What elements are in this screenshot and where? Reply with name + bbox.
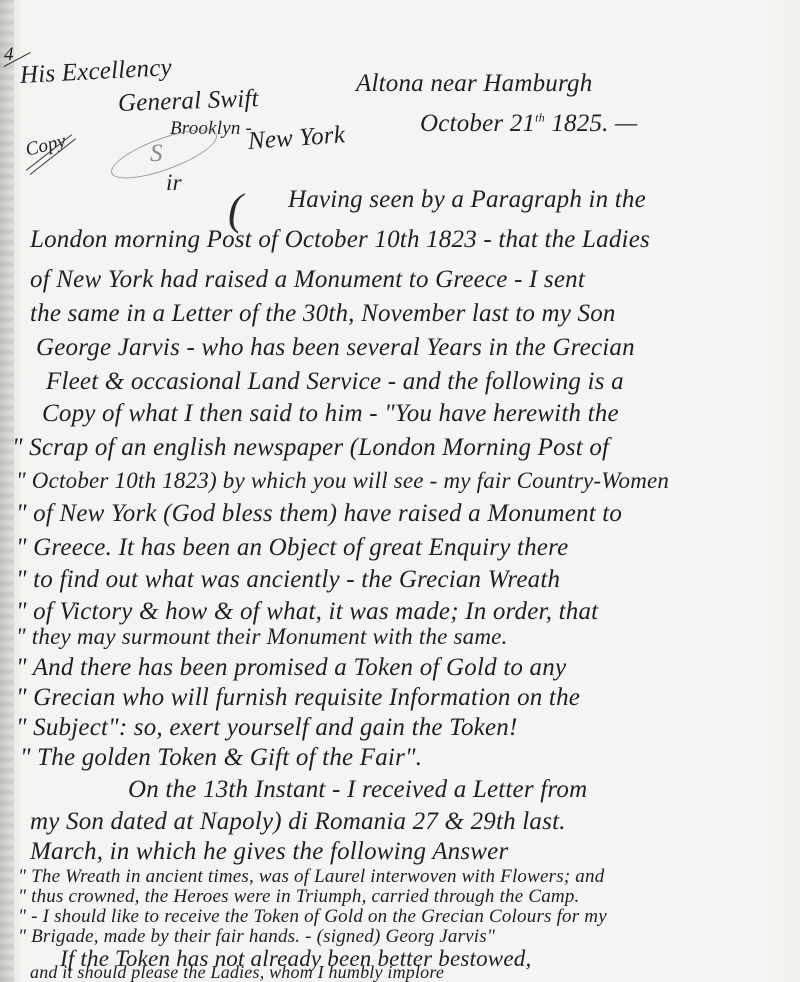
- address-line-4: New York: [247, 121, 346, 156]
- body-line: Copy of what I then said to him - "You h…: [42, 400, 619, 428]
- address-line-2: General Swift: [118, 85, 260, 118]
- body-line: " Grecian who will furnish requisite Inf…: [16, 684, 580, 712]
- body-line: " Subject": so, exert yourself and gain …: [16, 714, 518, 742]
- body-line: George Jarvis - who has been several Yea…: [36, 334, 635, 362]
- body-line: the same in a Letter of the 30th, Novemb…: [30, 300, 616, 328]
- body-line: " And there has been promised a Token of…: [16, 654, 566, 682]
- body-line-quote: " Brigade, made by their fair hands. - (…: [18, 926, 495, 948]
- salutation-initial: S: [150, 140, 163, 168]
- scan-edge-shadow: [0, 0, 14, 982]
- copy-mark: Copy: [23, 130, 68, 161]
- body-line: Fleet & occasional Land Service - and th…: [46, 368, 624, 396]
- body-line: " of New York (God bless them) have rais…: [16, 500, 622, 528]
- body-line: " Greece. It has been an Object of great…: [16, 534, 568, 562]
- body-line: " The golden Token & Gift of the Fair".: [20, 744, 422, 772]
- body-line-quote: " thus crowned, the Heroes were in Trium…: [18, 886, 580, 908]
- body-line: " October 10th 1823) by which you will s…: [16, 468, 669, 494]
- letter-page: 4 Copy His Excellency General Swift Broo…: [0, 0, 800, 982]
- address-line-1: His Excellency: [19, 54, 172, 90]
- dateline-place: Altona near Hamburgh: [356, 70, 592, 98]
- body-line-quote: " The Wreath in ancient times, was of La…: [18, 866, 604, 888]
- body-line: and it should please the Ladies, whom I …: [30, 962, 444, 982]
- body-line-quote: " - I should like to receive the Token o…: [18, 906, 607, 928]
- dateline-date: October 21th 1825. —: [420, 110, 638, 138]
- body-line: my Son dated at Napoly) di Romania 27 & …: [30, 808, 566, 836]
- body-line: " Scrap of an english newspaper (London …: [12, 434, 609, 462]
- body-line: London morning Post of October 10th 1823…: [30, 226, 650, 254]
- body-line: " they may surmount their Monument with …: [16, 624, 508, 650]
- body-line: " to find out what was anciently - the G…: [16, 566, 560, 594]
- body-line: of New York had raised a Monument to Gre…: [30, 266, 585, 294]
- body-line: Having seen by a Paragraph in the: [288, 186, 646, 214]
- salutation-flourish: [106, 120, 222, 188]
- dateline-date-sup: th: [535, 111, 545, 125]
- dateline-date-year: 1825. —: [551, 110, 637, 137]
- body-line: On the 13th Instant - I received a Lette…: [128, 776, 587, 804]
- body-line: " of Victory & how & of what, it was mad…: [16, 598, 598, 626]
- dateline-date-prefix: October 21: [420, 110, 535, 137]
- body-line: March, in which he gives the following A…: [30, 838, 508, 866]
- salutation: ir: [166, 170, 182, 196]
